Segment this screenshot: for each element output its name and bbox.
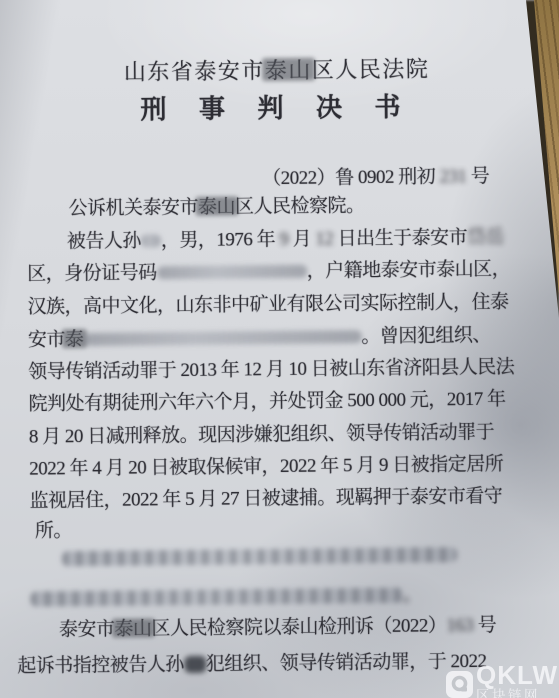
text-segment: 区人民检察院。 [235, 195, 365, 217]
redacted-line: 。 [30, 580, 421, 611]
body-line: 监视居住，2022 年 5 月 27 日被逮捕。现羁押于泰安市看守 [29, 481, 502, 513]
text-segment: 区人民法院 [312, 56, 430, 82]
body-line: 所。 [35, 515, 72, 542]
redacted-line [62, 544, 457, 570]
smudged-text-segment: 泰山 [265, 58, 312, 83]
text-segment: 院判处有期徒刑六年六个月，并处罚金 500 000 元，2017 年 [28, 389, 505, 415]
text-segment: 8 月 20 日减刑释放。现因涉嫌犯组织、领导传销活动罪于 [29, 422, 494, 448]
text-segment: 领导传销活动罪于 2013 年 12 月 10 日被山东省济阳县人民法 [28, 357, 514, 383]
doc-title-line: 刑 事 判 决 书 [0, 85, 557, 128]
indictment-line: 泰安市泰山区人民检察院以泰山检刑诉（2022）163 号 [59, 610, 497, 642]
text-segment: 被告人孙 [67, 230, 141, 252]
address-line: 安市泰。曾因犯组织、 [28, 320, 491, 352]
blurred-text-segment: 9 [279, 229, 288, 250]
redaction-smudge [184, 656, 206, 673]
document-text-layer: 山东省泰安市泰山区人民法院刑 事 判 决 书（2022）鲁 0902 刑初 23… [0, 0, 559, 698]
charge-line: 起诉书指控被告人孙犯组织、领导传销活动罪，于 2022 [17, 646, 487, 678]
body-line: 领导传销活动罪于 2013 年 12 月 10 日被山东省济阳县人民法 [28, 352, 514, 384]
text-segment: 所。 [35, 520, 72, 541]
blurred-text-segment: 163 [446, 615, 473, 636]
watermark-subtitle: 区块链网 [476, 689, 558, 698]
text-segment: 监视居住，2022 年 5 月 27 日被逮捕。现羁押于泰安市看守 [29, 486, 502, 512]
watermark: QKLW 区块链网 [446, 662, 558, 698]
body-line: 院判处有期徒刑六年六个月，并处罚金 500 000 元，2017 年 [28, 384, 505, 416]
text-segment: 刑 事 判 决 书 [140, 93, 413, 125]
text-segment: 2022 年 4 月 20 日被取保候审，2022 年 5 月 9 日被指定居所 [29, 454, 503, 480]
text-segment: ，户籍地泰安市泰山区， [307, 259, 511, 282]
text-segment: ，男，1976 年 [161, 229, 280, 251]
text-segment: 号 [473, 615, 496, 636]
text-segment: 区人民检察院以泰山检刑诉（2022） [151, 615, 446, 639]
blurred-text-segment: 。 [402, 585, 421, 606]
body-line: 2022 年 4 月 20 日被取保候审，2022 年 5 月 9 日被指定居所 [29, 449, 503, 481]
text-segment: 泰安市 [59, 619, 115, 641]
text-segment: 月 [288, 229, 315, 250]
text-segment: 公诉机关泰安市 [68, 197, 198, 219]
text-segment: 。曾因犯组织、 [361, 325, 491, 347]
redaction-smudge [62, 547, 457, 566]
court-name-line: 山东省泰安市泰山区人民法院 [0, 51, 556, 88]
smudged-text-segment: 泰 [65, 329, 84, 350]
blurred-text-segment: 231 [439, 166, 466, 187]
blurred-text-segment: 岱岳 [467, 227, 504, 248]
text-segment: 安市 [28, 329, 65, 350]
smudged-text-segment: 泰山 [198, 196, 235, 217]
prosecution-line: 公诉机关泰安市泰山区人民检察院。 [68, 190, 364, 220]
text-segment: （2022）鲁 0902 刑初 [262, 166, 439, 189]
text-segment: 山东省泰安市 [124, 58, 265, 84]
case-number-line: （2022）鲁 0902 刑初 231 号 [262, 161, 489, 190]
body-line: 汉族，高中文化，山东非中矿业有限公司实际控制人，住泰 [27, 287, 508, 319]
redaction-smudge [83, 330, 361, 346]
watermark-name: QKLW [476, 662, 558, 688]
body-line: 8 月 20 日减刑释放。现因涉嫌犯组织、领导传销活动罪于 [29, 417, 495, 449]
text-segment: 号 [466, 166, 489, 187]
defendant-line: 被告人孙，男，1976 年 9 月 12 日出生于泰安市岱岳 [67, 222, 505, 254]
redaction-smudge [141, 234, 161, 247]
text-segment: 起诉书指控被告人孙 [17, 654, 184, 677]
smudged-text-segment: 泰山 [114, 618, 151, 639]
redaction-smudge [31, 588, 403, 607]
id-line: 区，身份证号码，户籍地泰安市泰山区， [27, 254, 510, 286]
text-segment: 汉族，高中文化，山东非中矿业有限公司实际控制人，住泰 [27, 292, 508, 318]
redaction-smudge [157, 265, 307, 280]
text-segment: 日出生于泰安市 [333, 227, 467, 249]
qklw-logo-icon [446, 671, 473, 698]
text-segment: 犯组织、领导传销活动罪，于 2022 [206, 651, 487, 675]
text-segment: 区，身份证号码 [27, 262, 157, 284]
photo-of-court-judgment: 山东省泰安市泰山区人民法院刑 事 判 决 书（2022）鲁 0902 刑初 23… [0, 0, 559, 698]
blurred-text-segment: 12 [315, 228, 333, 249]
